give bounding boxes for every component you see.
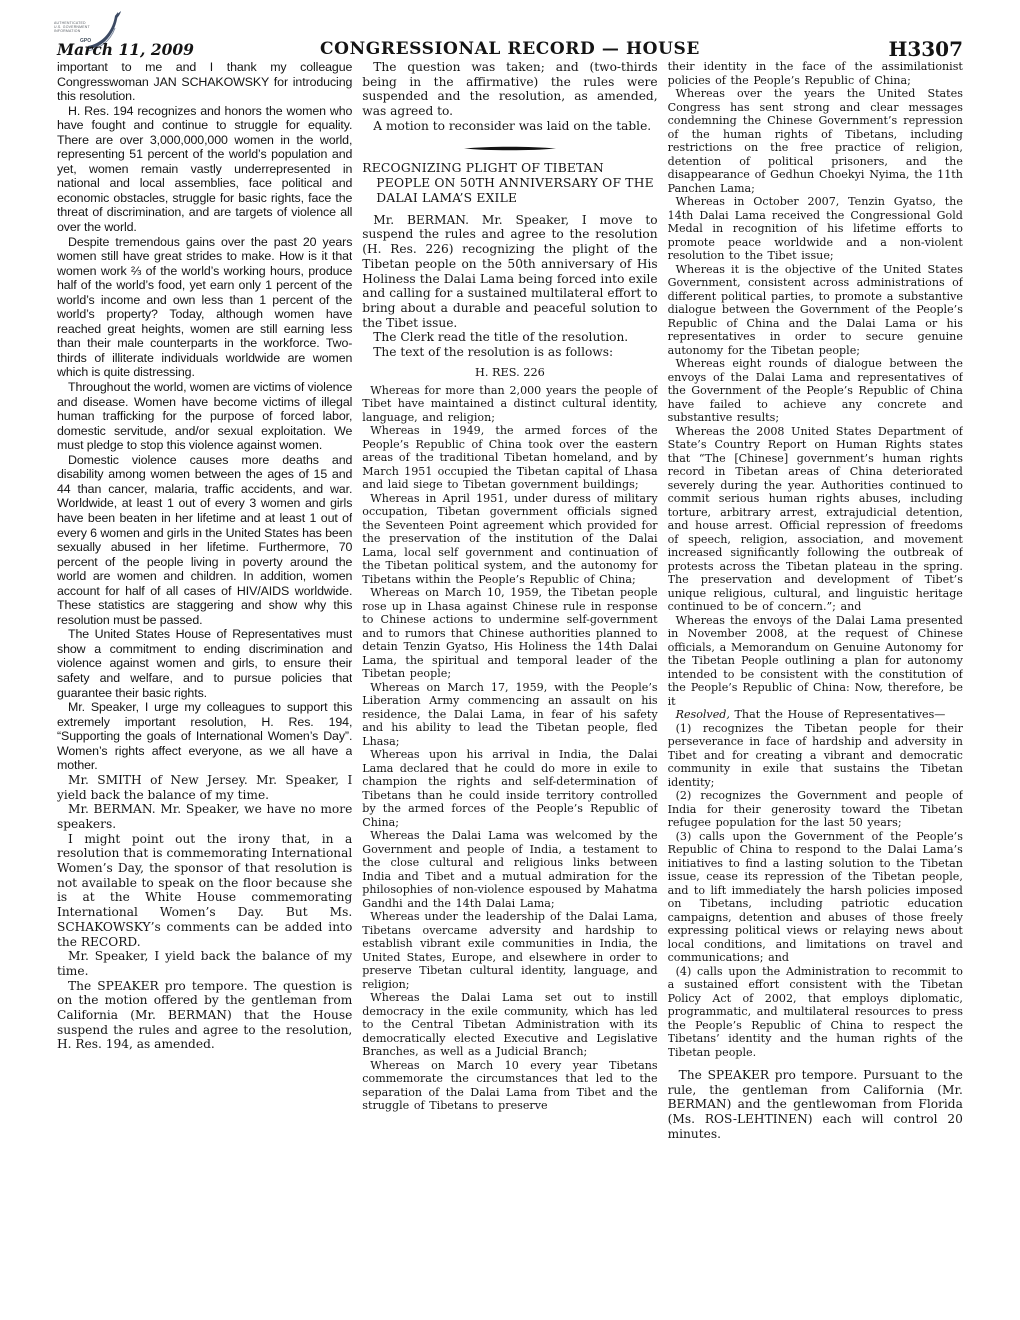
paragraph: A motion to reconsider was laid on the t… bbox=[362, 119, 657, 134]
paragraph: Whereas for more than 2,000 years the pe… bbox=[362, 384, 657, 425]
paragraph: Whereas in 1949, the armed forces of the… bbox=[362, 424, 657, 492]
paragraph: The SPEAKER pro tempore. Pursuant to the… bbox=[668, 1068, 963, 1142]
page-header: March 11, 2009 CONGRESSIONAL RECORD — HO… bbox=[57, 33, 963, 59]
paragraph: Whereas over the years the United States… bbox=[668, 87, 963, 195]
paragraph: Whereas it is the objective of the Unite… bbox=[668, 263, 963, 358]
paragraph: Whereas on March 10, 1959, the Tibetan p… bbox=[362, 586, 657, 681]
paragraph: Mr. SMITH of New Jersey. Mr. Speaker, I … bbox=[57, 773, 352, 802]
paragraph: Whereas on March 10 every year Tibetans … bbox=[362, 1059, 657, 1113]
column-left: important to me and I thank my colleague… bbox=[57, 60, 352, 1250]
paragraph: Mr. BERMAN. Mr. Speaker, I move to suspe… bbox=[362, 213, 657, 331]
paragraph: The Clerk read the title of the resoluti… bbox=[362, 330, 657, 345]
paragraph: Whereas the Dalai Lama set out to instil… bbox=[362, 991, 657, 1059]
paragraph: important to me and I thank my colleague… bbox=[57, 60, 352, 104]
paragraph: The text of the resolution is as follows… bbox=[362, 345, 657, 360]
paragraph: Mr. Speaker, I yield back the balance of… bbox=[57, 949, 352, 978]
column-middle: The question was taken; and (two-thirds … bbox=[362, 60, 657, 1250]
paragraph: Whereas the 2008 United States Departmen… bbox=[668, 425, 963, 614]
paragraph: The United States House of Representativ… bbox=[57, 627, 352, 700]
paragraph: (4) calls upon the Administration to rec… bbox=[668, 965, 963, 1060]
section-divider bbox=[362, 145, 657, 152]
column-layout: important to me and I thank my colleague… bbox=[57, 60, 963, 1250]
masthead-title: CONGRESSIONAL RECORD — HOUSE bbox=[57, 39, 963, 59]
gpo-logo-text: AUTHENTICATED U.S. GOVERNMENT INFORMATIO… bbox=[54, 21, 94, 34]
paragraph: The SPEAKER pro tempore. The question is… bbox=[57, 979, 352, 1053]
paragraph: Whereas the Dalai Lama was welcomed by t… bbox=[362, 829, 657, 910]
paragraph: Whereas under the leadership of the Dala… bbox=[362, 910, 657, 991]
paragraph: Whereas in October 2007, Tenzin Gyatso, … bbox=[668, 195, 963, 263]
paragraph: Mr. Speaker, I urge my colleagues to sup… bbox=[57, 700, 352, 773]
paragraph: Whereas on March 17, 1959, with the Peop… bbox=[362, 681, 657, 749]
paragraph: Whereas the envoys of the Dalai Lama pre… bbox=[668, 614, 963, 709]
paragraph: Domestic violence causes more deaths and… bbox=[57, 453, 352, 628]
paragraph: (2) recognizes the Government and people… bbox=[668, 789, 963, 830]
page-number: H3307 bbox=[888, 37, 963, 61]
column-right: their identity in the face of the assimi… bbox=[668, 60, 963, 1250]
paragraph: Mr. BERMAN. Mr. Speaker, we have no more… bbox=[57, 802, 352, 831]
paragraph: Resolved, That the House of Representati… bbox=[668, 708, 963, 722]
paragraph: The question was taken; and (two-thirds … bbox=[362, 60, 657, 119]
paragraph: H. Res. 194 recognizes and honors the wo… bbox=[57, 104, 352, 235]
paragraph: Whereas in April 1951, under duress of m… bbox=[362, 492, 657, 587]
section-heading: RECOGNIZING PLIGHT OF TIBETAN PEOPLE ON … bbox=[362, 161, 657, 207]
paragraph: Whereas eight rounds of dialogue between… bbox=[668, 357, 963, 425]
paragraph: their identity in the face of the assimi… bbox=[668, 60, 963, 87]
paragraph: Whereas upon his arrival in India, the D… bbox=[362, 748, 657, 829]
paragraph: I might point out the irony that, in a r… bbox=[57, 832, 352, 950]
paragraph: Despite tremendous gains over the past 2… bbox=[57, 235, 352, 380]
resolved-lead: Resolved, bbox=[676, 708, 730, 721]
congressional-record-page: AUTHENTICATED U.S. GOVERNMENT INFORMATIO… bbox=[0, 0, 1020, 1320]
paragraph: (1) recognizes the Tibetan people for th… bbox=[668, 722, 963, 790]
resolution-number-heading: H. RES. 226 bbox=[362, 366, 657, 379]
paragraph: Throughout the world, women are victims … bbox=[57, 380, 352, 453]
paragraph: (3) calls upon the Government of the Peo… bbox=[668, 830, 963, 965]
